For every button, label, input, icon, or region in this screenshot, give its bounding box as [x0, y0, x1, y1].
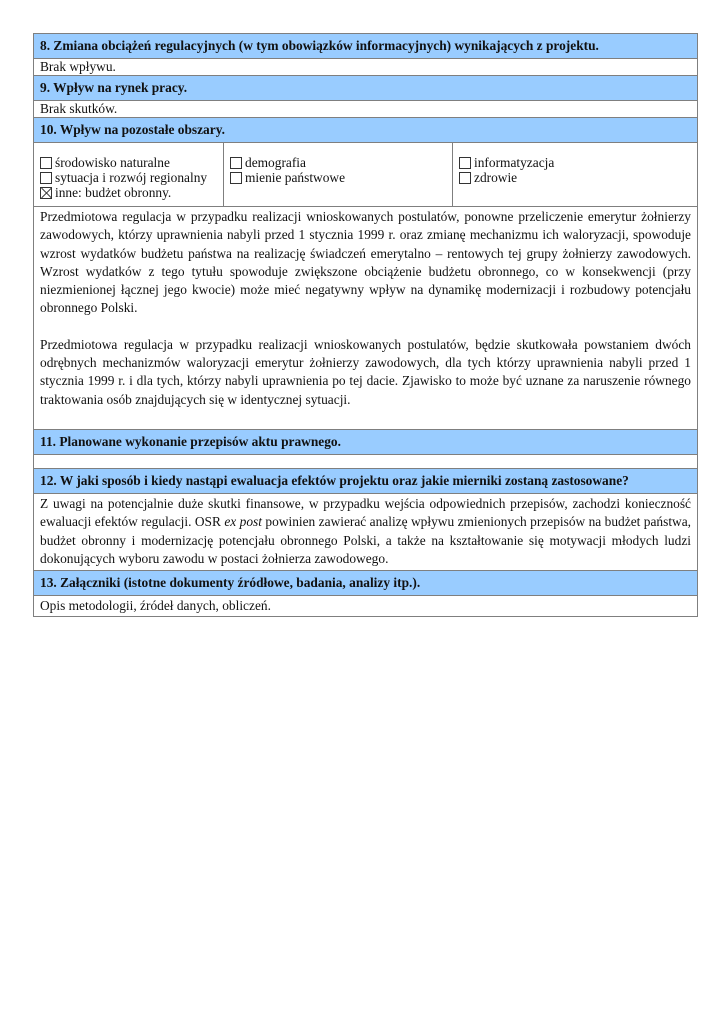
checkbox-column-1: środowisko naturalnesytuacja i rozwój re…: [34, 143, 223, 206]
checkbox-empty-icon[interactable]: [459, 172, 471, 184]
section-10-description: Przedmiotowa regulacja w przypadku reali…: [34, 206, 697, 429]
paragraph-spacer: [40, 409, 691, 427]
section-10-header: 10. Wpływ na pozostałe obszary.: [34, 117, 697, 142]
checkbox-label: środowisko naturalne: [55, 155, 170, 170]
checkbox-item[interactable]: inne: budżet obronny.: [40, 185, 217, 200]
checkbox-column-3: informatyzacjazdrowie: [452, 143, 697, 206]
checkbox-label: sytuacja i rozwój regionalny: [55, 170, 207, 185]
paragraph-spacer: [40, 318, 691, 336]
section-9-header: 9. Wpływ na rynek pracy.: [34, 75, 697, 100]
checkbox-empty-icon[interactable]: [40, 172, 52, 184]
checkbox-label: inne: budżet obronny.: [55, 185, 171, 200]
checkbox-column-2: demografiamienie państwowe: [223, 143, 452, 206]
section-13-header: 13. Załączniki (istotne dokumenty źródło…: [34, 570, 697, 595]
section-11-content: [34, 454, 697, 468]
checkbox-empty-icon[interactable]: [459, 157, 471, 169]
section-11-header: 11. Planowane wykonanie przepisów aktu p…: [34, 429, 697, 454]
checkbox-label: mienie państwowe: [245, 170, 345, 185]
checkbox-label: demografia: [245, 155, 306, 170]
checkbox-item[interactable]: zdrowie: [459, 170, 691, 185]
section-12-content: Z uwagi na potencjalnie duże skutki fina…: [34, 493, 697, 570]
section-10-paragraph-2: Przedmiotowa regulacja w przypadku reali…: [40, 336, 691, 409]
section-13-content: Opis metodologii, źródeł danych, oblicze…: [34, 595, 697, 616]
checkbox-label: informatyzacja: [474, 155, 554, 170]
checkbox-empty-icon[interactable]: [40, 157, 52, 169]
section-8-header: 8. Zmiana obciążeń regulacyjnych (w tym …: [34, 34, 697, 58]
section-10-paragraph-1: Przedmiotowa regulacja w przypadku reali…: [40, 208, 691, 318]
impact-areas-checkboxes: środowisko naturalnesytuacja i rozwój re…: [34, 142, 697, 206]
checkbox-item[interactable]: środowisko naturalne: [40, 155, 217, 170]
section-9-content: Brak skutków.: [34, 100, 697, 117]
checkbox-item[interactable]: mienie państwowe: [230, 170, 446, 185]
osr-table: 8. Zmiana obciążeń regulacyjnych (w tym …: [33, 33, 698, 617]
section-12-header: 12. W jaki sposób i kiedy nastąpi ewalua…: [34, 468, 697, 493]
checkbox-item[interactable]: demografia: [230, 155, 446, 170]
checkbox-item[interactable]: sytuacja i rozwój regionalny: [40, 170, 217, 185]
checkbox-item[interactable]: informatyzacja: [459, 155, 691, 170]
checkbox-checked-icon[interactable]: [40, 187, 52, 199]
checkbox-empty-icon[interactable]: [230, 157, 242, 169]
section-8-content: Brak wpływu.: [34, 58, 697, 75]
checkbox-empty-icon[interactable]: [230, 172, 242, 184]
section-12-text-italic: ex post: [224, 514, 262, 529]
checkbox-label: zdrowie: [474, 170, 517, 185]
